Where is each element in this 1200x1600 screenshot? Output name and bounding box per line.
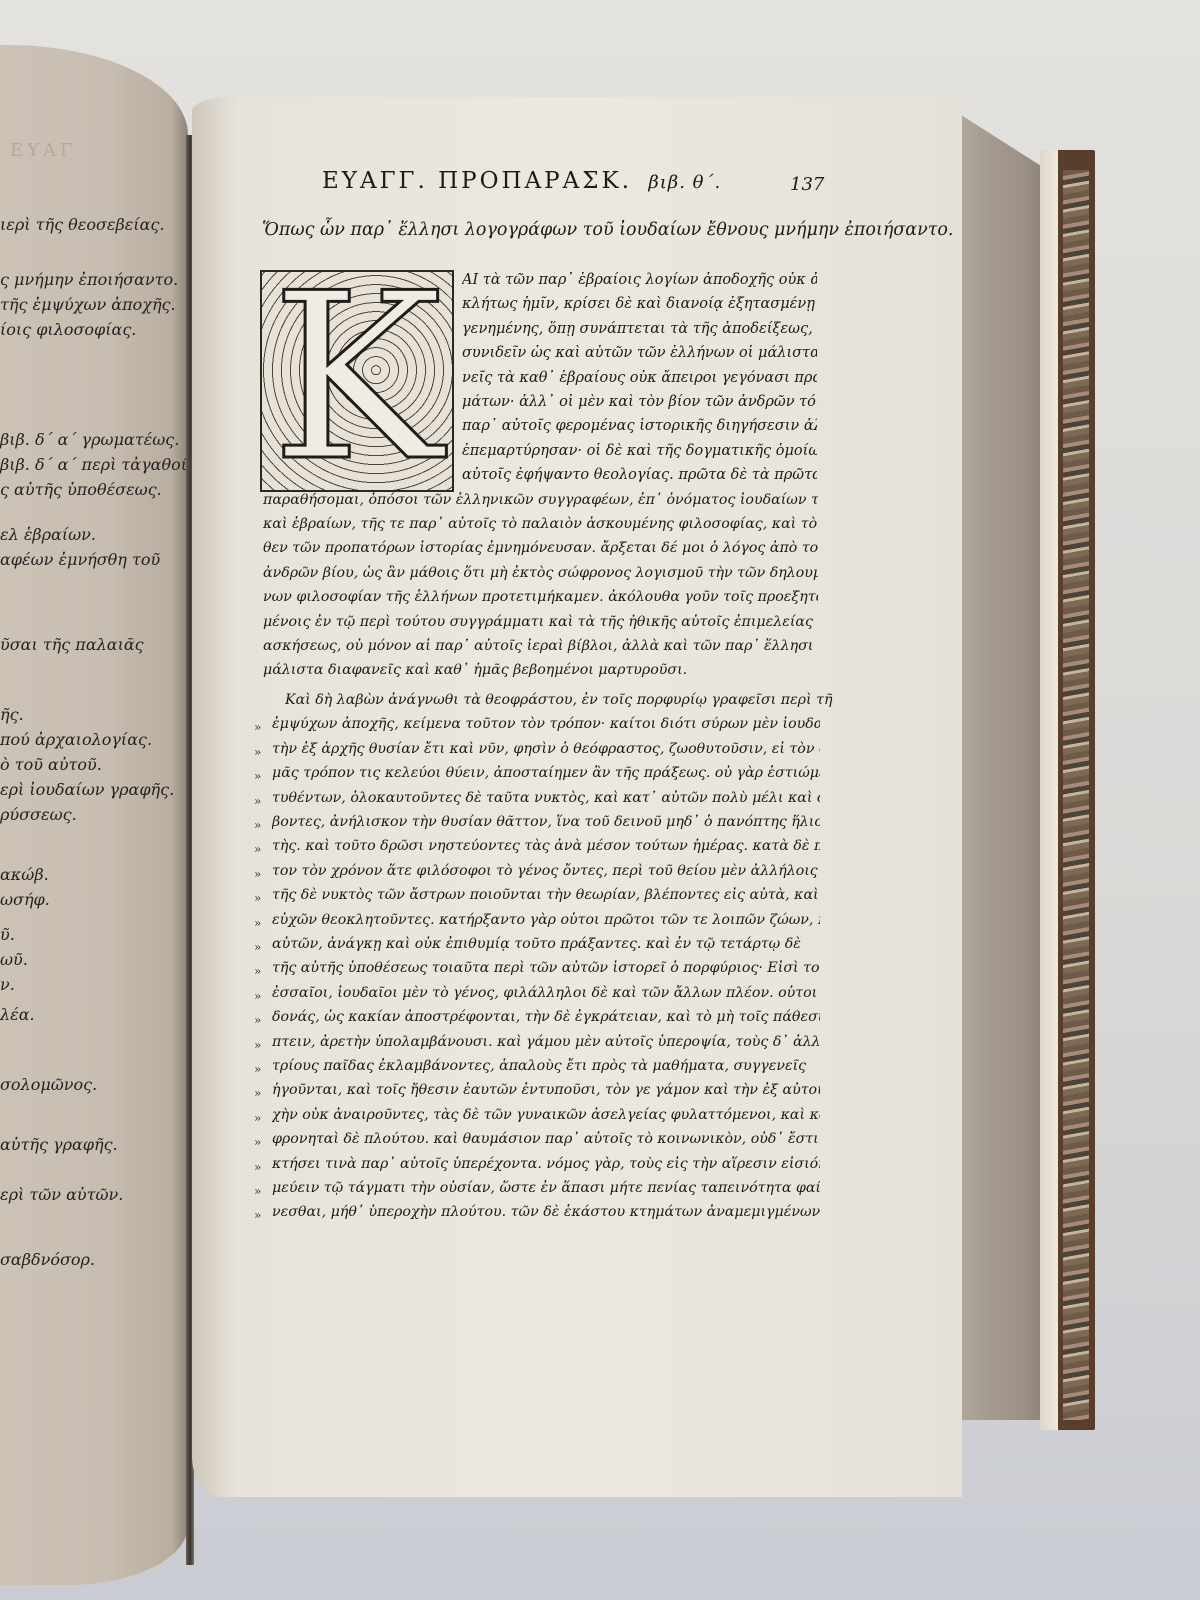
left-page-line: σαβδνόσορ. [0,1250,175,1269]
quotation-marker: » [254,794,261,808]
left-page-line: λέα. [0,1005,175,1024]
quotation-marker: » [254,891,261,905]
body-line: βοντες, ἀνήλισκον τὴν θυσίαν θᾶττον, ἵνα… [272,814,820,830]
body-line: παραθήσομαι, ὁπόσοι τῶν ἑλληνικῶν συγγρα… [263,492,818,508]
left-page-line: ρύσσεως. [0,805,175,824]
body-line: τῆς αὐτῆς ὑποθέσεως τοιαῦτα περὶ τῶν αὐτ… [272,960,820,976]
body-line: φρονηταὶ δὲ πλούτου. καὶ θαυμάσιον παρ᾽ … [272,1131,820,1147]
left-page: ΕΥΑΓ ιερὶ τῆς θεοσεβείας.ς μνήμην ἐποιήσ… [0,45,188,1585]
body-line: ἀνδρῶν βίου, ὡς ἂν μάθοις ὅτι μὴ ἐκτὸς σ… [263,565,818,581]
running-head: ΕΥΑΓΓ. ΠΡΟΠΑΡΑΣΚ. βιβ. θ΄. [322,168,721,194]
left-page-line: ῆς. [0,705,175,724]
body-line: Καὶ δὴ λαβὼν ἀνάγνωθι τὰ θεοφράστου, ἐν … [285,692,833,708]
left-page-line: ῦσαι τῆς παλαιᾶς [0,635,175,654]
body-line: αὐτοῖς ἐφήψαντο θεολογίας. πρῶτα δὲ τὰ π… [462,467,817,483]
quotation-marker: » [254,745,261,759]
marbled-endpaper [1063,170,1089,1420]
left-page-line: πού ἀρχαιολογίας. [0,730,175,749]
body-line: μᾶς τρόπον τις κελεύοι θύειν, ἀποσταίημε… [272,765,820,781]
left-page-line: ς μνήμην ἐποιήσαντο. [0,270,175,289]
initial-letter: K [262,264,452,494]
body-line: εὐχῶν θεοκλητοῦντες. κατήρξαντο γὰρ οὗτο… [272,912,820,928]
left-running-head: ΕΥΑΓ [10,140,77,161]
left-page-line: βιβ. δ΄ α΄ γρωματέως. [0,430,175,449]
body-line: χὴν οὐκ ἀναιροῦντες, τὰς δὲ τῶν γυναικῶν… [272,1107,820,1123]
quotation-marker: » [254,1086,261,1100]
book-photo: ΕΥΑΓ ιερὶ τῆς θεοσεβείας.ς μνήμην ἐποιήσ… [0,0,1200,1600]
book-reference: βιβ. θ΄. [648,172,721,193]
quotation-marker: » [254,1135,261,1149]
body-line: ασκήσεως, οὐ μόνον αἱ παρ᾽ αὐτοῖς ἱεραὶ … [263,638,818,654]
body-line: παρ᾽ αὐτοῖς φερομένας ἱστορικῆς διηγήσεσ… [462,418,817,434]
left-page-line: ερὶ ἰουδαίων γραφῆς. [0,780,175,799]
body-line: τῆς δὲ νυκτὸς τῶν ἄστρων ποιοῦνται τὴν θ… [272,887,820,903]
left-page-line: τῆς ἐμψύχων ἀποχῆς. [0,295,175,314]
quotation-marker: » [254,916,261,930]
body-line: νων φιλοσοφίαν τῆς ἑλλήνων προτετιμήκαμε… [263,589,818,605]
body-line: τρίους παῖδας ἐκλαμβάνοντες, ἁπαλοὺς ἔτι… [272,1058,820,1074]
body-line: τυθέντων, ὁλοκαυτοῦντες δὲ ταῦτα νυκτὸς,… [272,790,820,806]
left-page-line: αὐτῆς γραφῆς. [0,1135,175,1154]
body-line: θεν τῶν προπατόρων ἱστορίας ἐμνημόνευσαν… [263,540,818,556]
chapter-title: Ὅπως ὧν παρ᾽ ἕλλησι λογογράφων τοῦ ἰουδα… [262,220,954,240]
left-page-line: ωῦ. [0,950,175,969]
quotation-marker: » [254,720,261,734]
left-page-line: ωσήφ. [0,890,175,909]
body-line: τὴν ἐξ ἀρχῆς θυσίαν ἔτι καὶ νῦν, φησὶν ὁ… [272,741,820,757]
left-page-line: ακώβ. [0,865,175,884]
body-line: τὴς. καὶ τοῦτο δρῶσι νηστεύοντες τὰς ἀνὰ… [272,838,820,854]
quotation-marker: » [254,989,261,1003]
left-page-line: αφέων ἐμνήσθη τοῦ [0,550,175,569]
body-line: ἐπεμαρτύρησαν· οἱ δὲ καὶ τῆς δογματικῆς … [462,443,817,459]
body-line: μάλιστα διαφανεῖς καὶ καθ᾽ ἡμᾶς βεβοημέν… [263,662,818,678]
quotation-marker: » [254,1111,261,1125]
left-page-line: ν. [0,975,175,994]
quotation-marker: » [254,1184,261,1198]
body-line: νεῖς τὰ καθ᾽ ἑβραίους οὐκ ἄπειροι γεγόνα… [462,370,817,386]
body-line: γενημένης, ὅπῃ συνάπτεται τὰ τῆς ἀποδείξ… [462,321,817,337]
left-page-line: ερὶ τῶν αὐτῶν. [0,1185,175,1204]
body-line: δονάς, ὡς κακίαν ἀποστρέφονται, τὴν δὲ ἐ… [272,1009,820,1025]
quotation-marker: » [254,1062,261,1076]
quotation-marker: » [254,964,261,978]
quotation-marker: » [254,842,261,856]
decorated-initial-k: K [260,270,454,492]
body-line: πτειν, ἀρετὴν ὑπολαμβάνουσι. καὶ γάμου μ… [272,1034,820,1050]
page-edge-strip [1040,150,1058,1430]
body-line: συνιδεῖν ὡς καὶ αὐτῶν τῶν ἑλλήνων οἱ μάλ… [462,345,817,361]
quotation-marker: » [254,1208,261,1222]
quotation-marker: » [254,1160,261,1174]
left-page-line: ίοις φιλοσοφίας. [0,320,175,339]
running-head-title: ΕΥΑΓΓ. ΠΡΟΠΑΡΑΣΚ. [322,168,632,194]
left-page-line: ὸ τοῦ αὐτοῦ. [0,755,175,774]
quotation-marker: » [254,940,261,954]
left-page-line: βιβ. δ΄ α΄ περὶ τἀγαθοῦ. [0,455,175,474]
quotation-marker: » [254,1013,261,1027]
body-line: τον τὸν χρόνον ἅτε φιλόσοφοι τὸ γένος ὄν… [272,863,820,879]
body-line: νεσθαι, μήθ᾽ ὑπεροχὴν πλούτου. τῶν δὲ ἑκ… [272,1204,820,1220]
quotation-marker: » [254,867,261,881]
body-line: μάτων· ἀλλ᾽ οἱ μὲν καὶ τὸν βίον τῶν ἀνδρ… [462,394,817,410]
body-line: ἡγοῦνται, καὶ τοῖς ἤθεσιν ἑαυτῶν ἐντυποῦ… [272,1082,820,1098]
left-page-line: σολομῶνος. [0,1075,175,1094]
body-line: μένοις ἐν τῷ περὶ τούτου συγγράμματι καὶ… [263,614,818,630]
body-line: κτήσει τινὰ παρ᾽ αὐτοῖς ὑπερέχοντα. νόμο… [272,1156,820,1172]
body-line: κλήτως ἡμῖν, κρίσει δὲ καὶ διανοίᾳ ἐξητα… [462,296,817,312]
body-line: ἐσσαῖοι, ἰουδαῖοι μὲν τὸ γένος, φιλάλληλ… [272,985,820,1001]
quotation-marker: » [254,769,261,783]
left-page-line: ῦ. [0,925,175,944]
body-line: ΑΙ τὰ τῶν παρ᾽ ἑβραίοις λογίων ἀποδοχῆς … [462,272,817,288]
left-page-line: ς αὐτῆς ὑποθέσεως. [0,480,175,499]
left-page-line: ιερὶ τῆς θεοσεβείας. [0,215,175,234]
body-line: καὶ ἑβραίων, τῆς τε παρ᾽ αὐτοῖς τὸ παλαι… [263,516,818,532]
body-line: μεύειν τῷ τάγματι τὴν οὐσίαν, ὥστε ἐν ἅπ… [272,1180,820,1196]
fore-edge [958,113,1040,1420]
body-line: αὐτῶν, ἀνάγκῃ καὶ οὐκ ἐπιθυμίᾳ τοῦτο πρά… [272,936,820,952]
left-page-line: ελ ἑβραίων. [0,525,175,544]
body-line: ἐμψύχων ἀποχῆς, κείμενα τοῦτον τὸν τρόπο… [272,716,820,732]
quotation-marker: » [254,818,261,832]
page-number: 137 [790,174,824,195]
quotation-marker: » [254,1038,261,1052]
